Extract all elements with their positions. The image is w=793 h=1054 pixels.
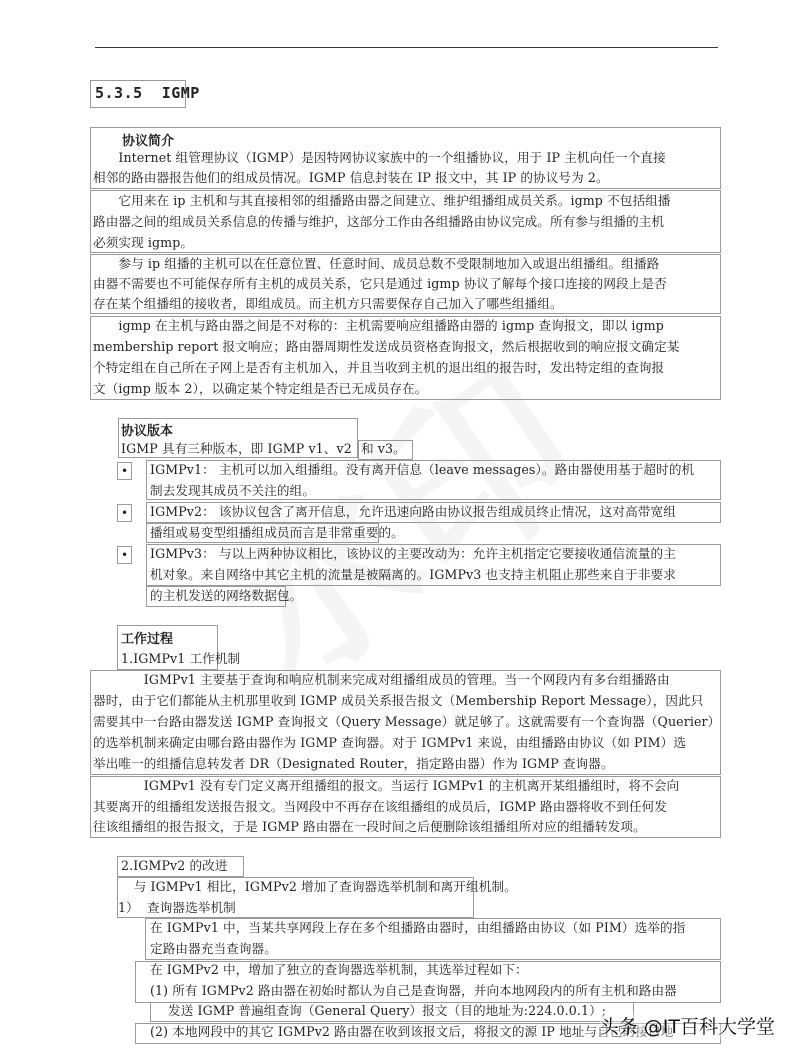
bullet-icon: • — [117, 462, 132, 480]
election-step-2: (2) 本地网段中的其它 IGMPv2 路由器在收到该报文后，将报文的源 IP … — [150, 1021, 673, 1043]
v1-note-line-2: 定路由器充当查询器。 — [150, 938, 277, 960]
versions-summary-a: IGMP 具有三种版本，即 IGMP v1、v2 — [121, 438, 352, 460]
version-item-1-line-2: 制去发现其成员不关注的组。 — [150, 480, 315, 502]
version-item-2-line-2: 播组或易变型组播组成员而言是非常重要的。 — [150, 522, 404, 544]
version-item-2-line-1: IGMPv2： 该协议包含了离开信息，允许迅速向路由协议报告组成员终止情况，这对… — [150, 501, 676, 523]
header-rule — [95, 47, 718, 48]
v1-para-2-line-2: 其要离开的组播组发送报告报文。当网段中不再存在该组播组的成员后，IGMP 路由器… — [93, 796, 667, 818]
intro-para-3-line-3: 存在某个组播组的接收者，即组成员。而主机方只需要保存自己加入了哪些组播组。 — [93, 293, 563, 315]
intro-para-2-line-2: 路由器之间的组成员关系信息的传播与维护，这部分工作由各组播路由协议完成。所有参与… — [93, 211, 664, 233]
version-item-1-line-1: IGMPv1： 主机可以加入组播组。没有离开信息（leave messages）… — [150, 459, 694, 481]
versions-heading: 协议版本 — [121, 420, 173, 439]
source-watermark: 头条 @IT百科大学堂 — [600, 1012, 775, 1039]
process-v2-title: 2.IGMPv2 的改进 — [121, 855, 228, 877]
process-heading: 工作过程 — [121, 628, 173, 647]
election-step-1b: 发送 IGMP 普遍组查询（General Query）报文（目的地址为:224… — [168, 1000, 606, 1022]
process-v1-title: 1.IGMPv1 工作机制 — [121, 648, 240, 670]
intro-para-4-line-1: igmp 在主机与路由器之间是不对称的：主机需要响应组播路由器的 igmp 查询… — [93, 315, 664, 337]
process-v2-item-1: 1） 查询器选举机制 — [118, 897, 236, 919]
v1-para-2-line-3: 往该组播组的报告报文，于是 IGMP 路由器在一段时间之后便删除该组播组所对应的… — [93, 816, 646, 838]
election-step-1a: (1) 所有 IGMPv2 路由器在初始时都认为自己是查询器，并向本地网段内的所… — [150, 980, 677, 1002]
intro-para-1-line-1: Internet 组管理协议（IGMP）是因特网协议家族中的一个组播协议，用于 … — [93, 147, 666, 169]
version-item-3-line-3: 的主机发送的网络数据包。 — [150, 585, 302, 607]
intro-para-4-line-3: 个特定组在自己所在子网上是否有主机加入，并且当收到主机的退出组的报告时，发出特定… — [93, 357, 664, 379]
intro-para-3-line-1: 参与 ip 组播的主机可以在任意位置、任意时间、成员总数不受限制地加入或退出组播… — [93, 253, 659, 275]
process-v2-intro: 与 IGMPv1 相比，IGMPv2 增加了查询器选举机制和离开组机制。 — [121, 876, 517, 898]
v1-para-1-line-1: IGMPv1 主要基于查询和响应机制来完成对组播组成员的管理。当一个网段内有多台… — [93, 669, 670, 691]
section-title: 5.3.5 IGMP — [95, 84, 200, 102]
version-item-3-line-1: IGMPv3： 与以上两种协议相比，该协议的主要改动为：允许主机指定它要接收通信… — [150, 543, 676, 565]
v1-para-1-line-3: 需要其中一台路由器发送 IGMP 查询报文（Query Message）就足够了… — [93, 711, 720, 733]
version-item-3-line-2: 机对象。来自网络中其它主机的流量是被隔离的。IGMPv3 也支持主机阻止那些来自… — [150, 564, 676, 586]
bullet-icon: • — [117, 504, 132, 522]
intro-para-2-line-1: 它用来在 ip 主机和与其直接相邻的组播路由器之间建立、维护组播组成员关系。ig… — [93, 190, 671, 212]
v1-para-1-line-5: 举出唯一的组播信息转发者 DR（Designated Router，指定路由器）… — [93, 753, 614, 775]
intro-para-1-line-2: 相邻的路由器报告他们的组成员情况。IGMP 信息封装在 IP 报文中，其 IP … — [93, 167, 609, 189]
bullet-icon: • — [117, 546, 132, 564]
intro-para-4-line-2: membership report 报文响应；路由器周期性发送成员资格查询报文，… — [93, 336, 680, 358]
v1-note-line-1: 在 IGMPv1 中，当某共享网段上存在多个组播路由器时，由组播路由协议（如 P… — [150, 917, 685, 939]
versions-summary-b: 和 v3。 — [361, 438, 406, 460]
election-intro: 在 IGMPv2 中，增加了独立的查询器选举机制，其选举过程如下： — [150, 959, 528, 981]
intro-para-2-line-3: 必须实现 igmp。 — [93, 232, 193, 254]
v1-para-1-line-4: 的选举机制来确定由哪台路由器作为 IGMP 查询器。对于 IGMPv1 来说，由… — [93, 732, 686, 754]
v1-para-2-line-1: IGMPv1 没有专门定义离开组播组的报文。当运行 IGMPv1 的主机离开某组… — [93, 775, 679, 797]
v1-para-1-line-2: 器时，由于它们都能从主机那里收到 IGMP 成员关系报告报文（Membershi… — [93, 690, 703, 712]
intro-para-3-line-2: 由器不需要也不可能保存所有主机的成员关系，它只是通过 igmp 协议了解每个接口… — [93, 273, 667, 295]
intro-para-4-line-4: 文（igmp 版本 2），以确定某个特定组是否已无成员存在。 — [93, 378, 427, 400]
